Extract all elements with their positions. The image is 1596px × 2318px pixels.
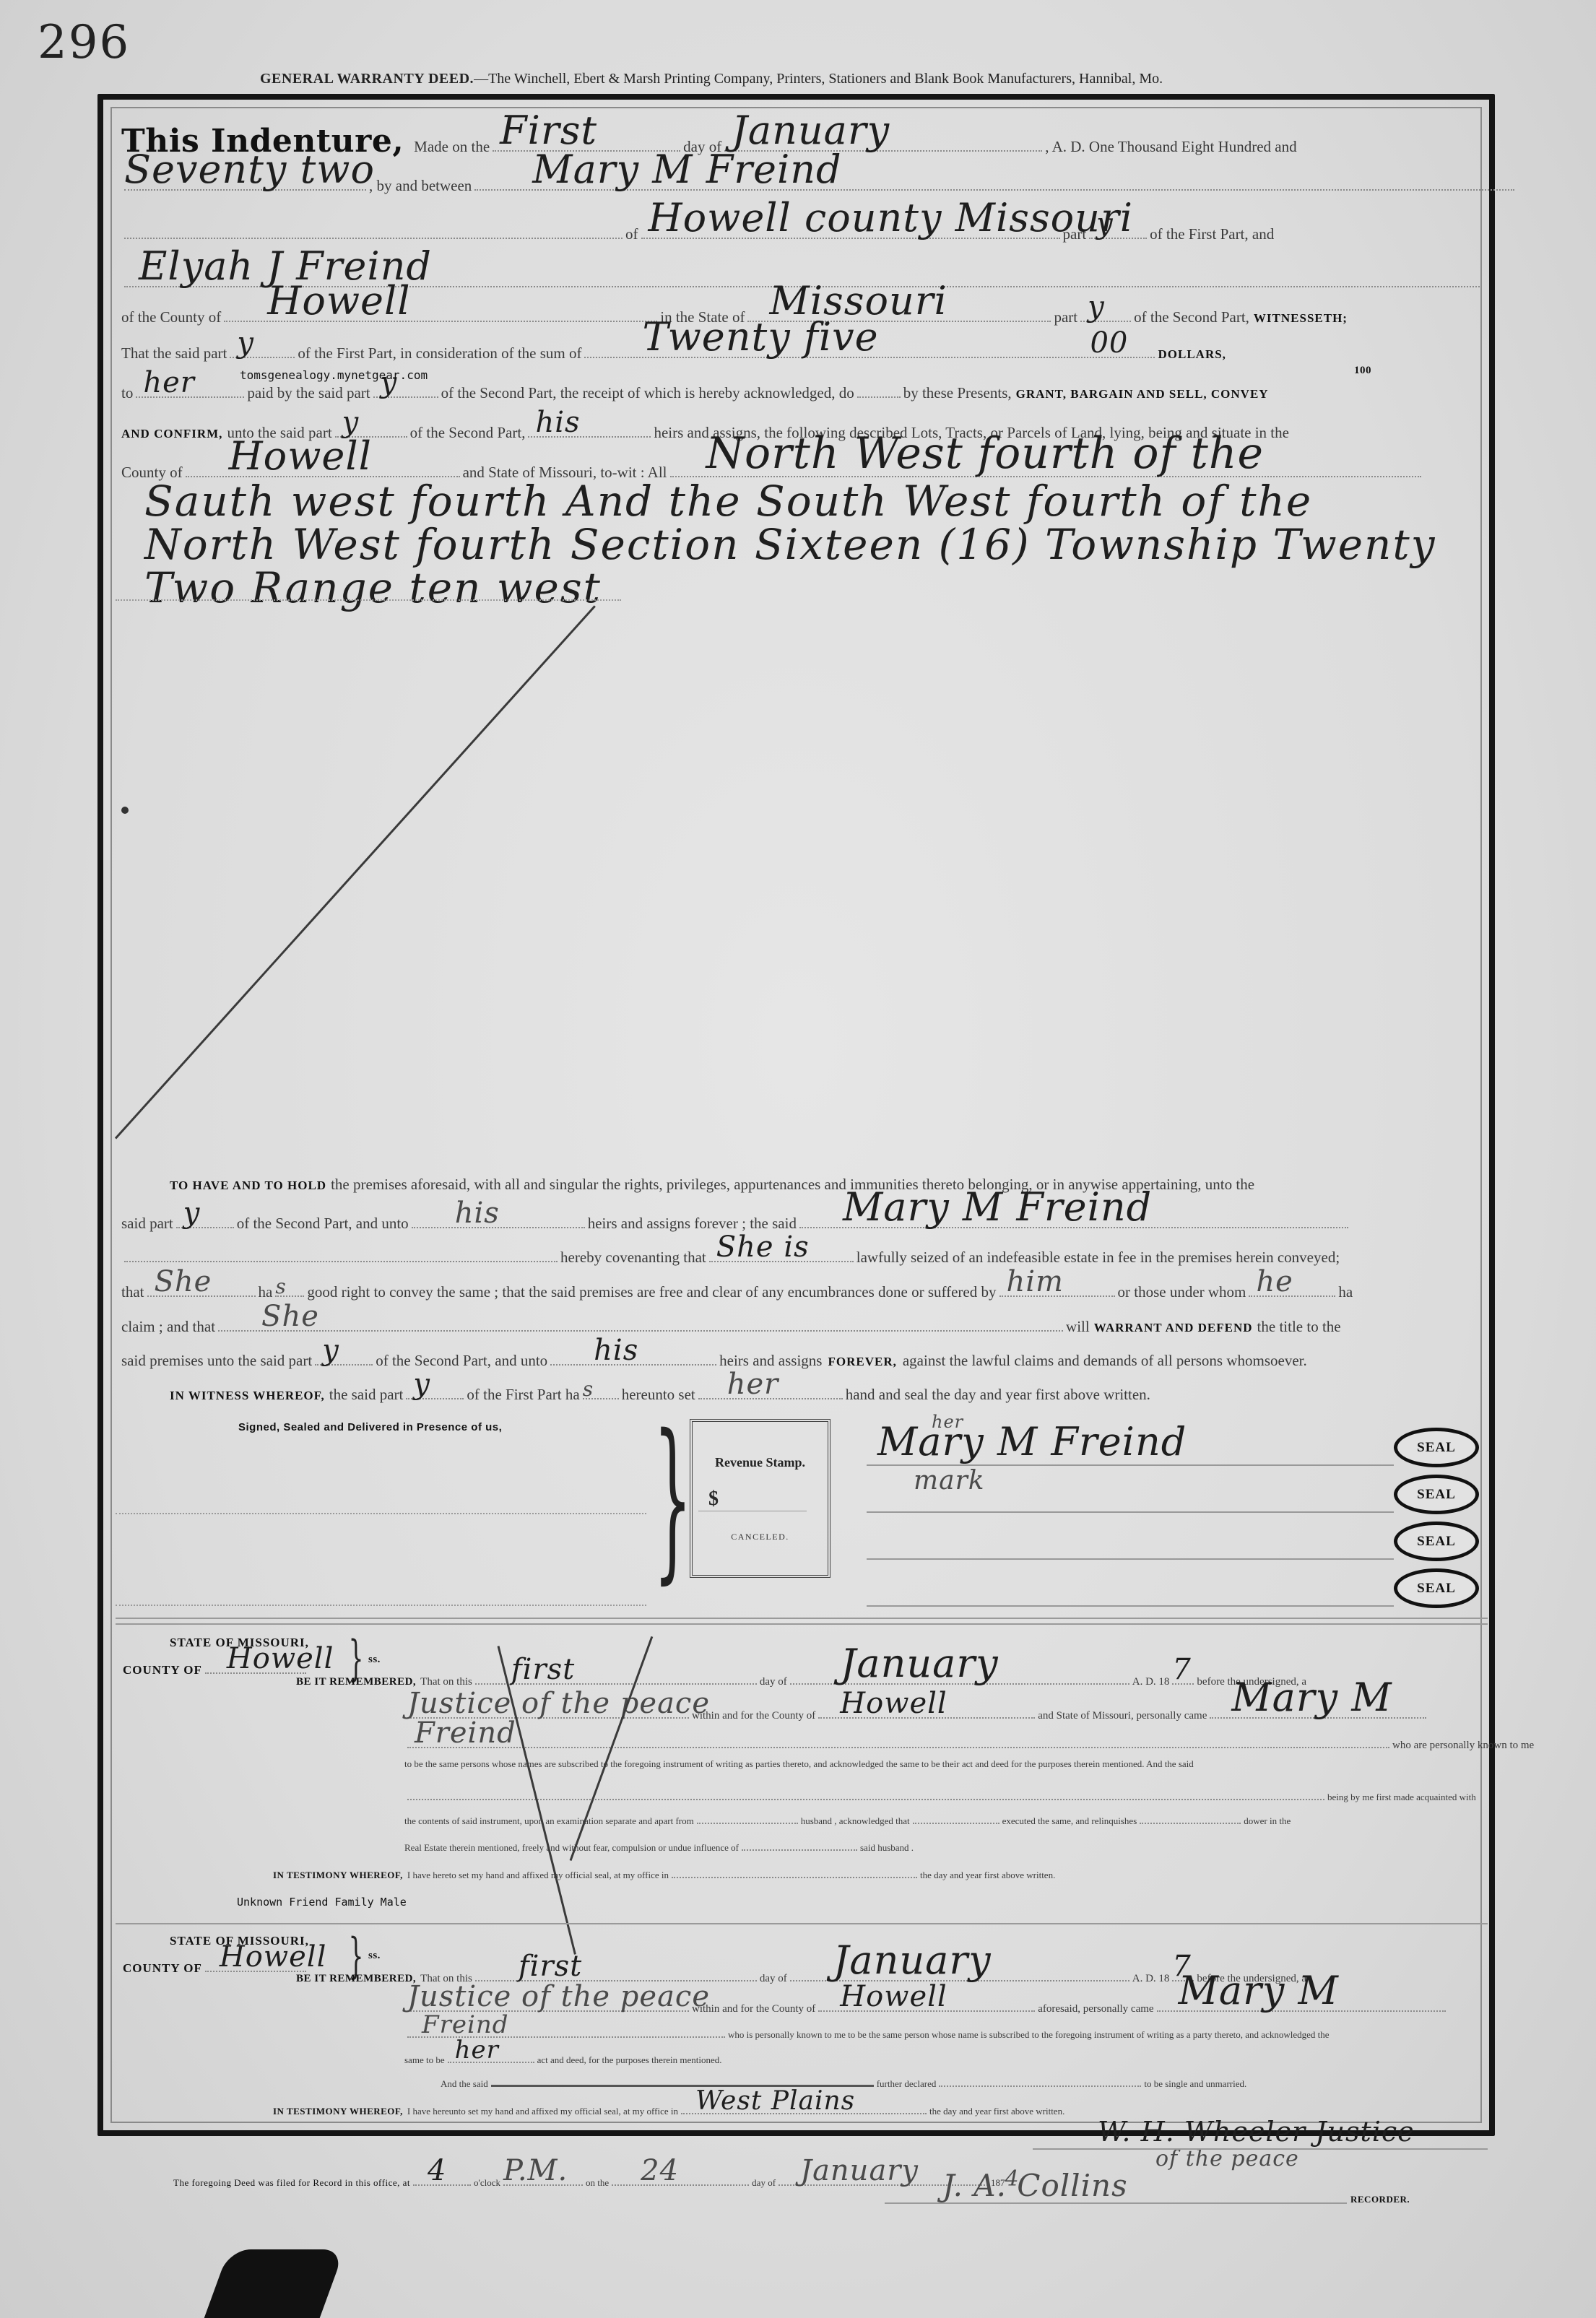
signed-sealed-label: Signed, Sealed and Delivered in Presence…: [238, 1421, 502, 1433]
mark-label-above: her: [932, 1412, 963, 1432]
habendum-line-4: that She ha s good right to convey the s…: [121, 1278, 1353, 1301]
scanned-deed-page: 296 GENERAL WARRANTY DEED.—The Winchell,…: [0, 0, 1596, 2318]
indenture-line-6: That the said part y of the First Part, …: [121, 339, 1226, 363]
seal-1: SEAL: [1394, 1428, 1479, 1467]
seal-2: SEAL: [1394, 1475, 1479, 1514]
indenture-line-3: of Howell county Missouri part y of the …: [121, 220, 1274, 243]
ack1-line-2: Justice of the peace within and for the …: [404, 1700, 1429, 1722]
land-county-field: Howell: [186, 459, 460, 477]
revenue-stamp-box: Revenue Stamp. $ CANCELED.: [690, 1419, 830, 1578]
habendum-line-6: said premises unto the said part y of th…: [121, 1347, 1307, 1370]
binder-tab-shadow: [204, 2249, 345, 2318]
legal-description-line-3: Two Range ten west: [144, 563, 602, 612]
recorder-label: RECORDER.: [1350, 2194, 1410, 2205]
publisher-header: GENERAL WARRANTY DEED.—The Winchell, Ebe…: [260, 71, 1163, 87]
ack1-line-5: being by me first made acquainted with: [404, 1787, 1476, 1803]
ack2-county: COUNTY OF Howell: [123, 1953, 309, 1976]
ack1-county: COUNTY OF Howell: [123, 1655, 309, 1677]
grantor-residence-field: Howell county Missouri: [641, 220, 1060, 239]
ack1-line-4: to be the same persons whose names are s…: [404, 1758, 1194, 1770]
ack1-line-6: the contents of said instrument, upon an…: [404, 1811, 1291, 1827]
covenantor-field: Mary M Freind: [799, 1210, 1348, 1228]
ack2-line-2: Justice of the peace within and for the …: [404, 1993, 1449, 2015]
habendum-line-5: claim ; and that She will WARRANT AND DE…: [121, 1313, 1341, 1336]
witness-brace: }: [654, 1419, 662, 1592]
legal-description-line-1: Sauth west fourth And the South West fou…: [144, 477, 1312, 526]
legal-description-line-2: North West fourth Section Sixteen (16) T…: [144, 520, 1436, 569]
seal-3: SEAL: [1394, 1522, 1479, 1561]
ack1-line-7: Real Estate therein mentioned, freely an…: [404, 1838, 914, 1854]
ack2-line-3: Freind who is personally known to me to …: [404, 2022, 1330, 2041]
habendum-line-3: hereby covenanting that She is lawfully …: [121, 1243, 1340, 1267]
cents-denominator: 100: [1354, 365, 1371, 377]
seal-4: SEAL: [1394, 1568, 1479, 1608]
mark-label-below: mark: [914, 1466, 985, 1496]
habendum-line-2: said part y of the Second Part, and unto…: [121, 1210, 1351, 1233]
ack1-testimony: IN TESTIMONY WHEREOF, I have hereto set …: [273, 1865, 1055, 1881]
land-description-start: North West fourth of the: [670, 459, 1421, 477]
page-number: 296: [38, 16, 130, 69]
ack2-line-4: same to be her act and deed, for the pur…: [404, 2047, 722, 2066]
year-field: Seventy two: [124, 172, 366, 191]
ink-dot: [121, 807, 129, 814]
ack1-line-3: Freind who are personally known to me: [404, 1729, 1534, 1752]
justice-signature: W. H. Wheeler Justice: [1098, 2116, 1415, 2148]
ack2-testimony: IN TESTIMONY WHEREOF, I have hereunto se…: [273, 2100, 1064, 2117]
grantor-field: Mary M Freind: [474, 172, 1514, 191]
site-watermark: tomsgenealogy.mynetgear.com: [240, 368, 428, 382]
deed-type-label: GENERAL WARRANTY DEED.: [260, 71, 474, 87]
sum-field: Twenty five00: [584, 339, 1155, 358]
justice-signature-title: of the peace: [1155, 2146, 1299, 2171]
grantor-signature: Mary M Freind: [877, 1419, 1187, 1464]
recording-line: The foregoing Deed was filed for Record …: [173, 2166, 1020, 2192]
recorder-signature: J. A. Collins: [942, 2168, 1128, 2203]
indenture-line-7: to her paid by the said part y of the Se…: [121, 379, 1269, 402]
caption-watermark: Unknown Friend Family Male: [237, 1896, 407, 1909]
indenture-line-2: Seventy two , by and between Mary M Frei…: [121, 172, 1517, 195]
publisher-text: —The Winchell, Ebert & Marsh Printing Co…: [474, 71, 1163, 87]
ack1-line-1: BE IT REMEMBERED, That on this first day…: [296, 1666, 1306, 1688]
grantee-county-field: Howell: [224, 303, 657, 322]
